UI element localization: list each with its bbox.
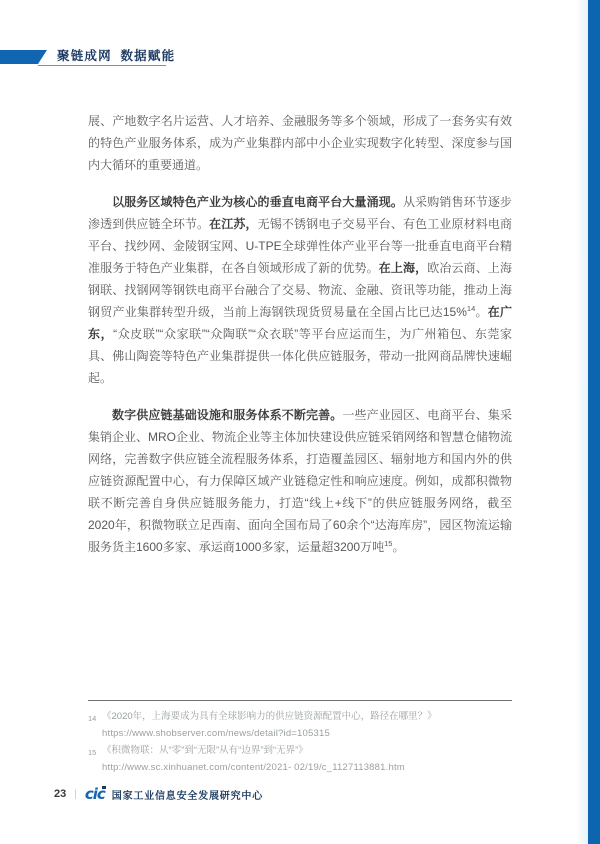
footnote-body: 《2020年，上海要成为具有全球影响力的供应链资源配置中心，路径在哪里？》htt… xyxy=(102,709,512,742)
footnote-number: 15 xyxy=(88,743,102,762)
running-header-title: 聚链成网 数据赋能 xyxy=(57,46,175,64)
right-edge-bar xyxy=(588,0,600,844)
header-underline xyxy=(38,65,166,66)
footnote-number: 14 xyxy=(88,709,102,728)
document-page: 聚链成网 数据赋能 展、产地数字名片运营、人才培养、金融服务等多个领域，形成了一… xyxy=(0,0,600,844)
footnote-url: https://www.shobserver.com/news/detail?i… xyxy=(102,726,512,743)
body-text: 展、产地数字名片运营、人才培养、金融服务等多个领域，形成了一套务实有效的特色产业… xyxy=(88,110,512,573)
footnote-url: http://www.sc.xinhuanet.com/content/2021… xyxy=(102,760,512,777)
footer-org-name: 国家工业信息安全发展研究中心 xyxy=(112,787,263,802)
footer-separator: | xyxy=(74,789,77,800)
footnotes: 14《2020年，上海要成为具有全球影响力的供应链资源配置中心，路径在哪里？》h… xyxy=(88,709,512,777)
header-flag-shape xyxy=(0,50,47,64)
text-segment: 一些产业园区、电商平台、集采集销企业、MRO企业、物流企业等主体加快建设供应链采… xyxy=(88,408,512,554)
page-number: 23 xyxy=(54,788,66,800)
cic-logo: cic xyxy=(85,785,105,804)
footnote-divider xyxy=(88,700,512,701)
bold-text-segment: 在上海， xyxy=(379,261,427,275)
paragraph: 数字供应链基础设施和服务体系不断完善。一些产业园区、电商平台、集采集销企业、MR… xyxy=(88,404,512,558)
paragraph: 展、产地数字名片运营、人才培养、金融服务等多个领域，形成了一套务实有效的特色产业… xyxy=(88,110,512,176)
paragraph: 以服务区域特色产业为核心的垂直电商平台大量涌现。从采购销售环节逐步渗透到供应链全… xyxy=(88,191,512,389)
text-segment: 展、产地数字名片运营、人才培养、金融服务等多个领域，形成了一套务实有效的特色产业… xyxy=(88,114,512,172)
cic-logo-accent xyxy=(102,786,106,789)
text-segment: 。 xyxy=(392,540,404,554)
bold-text-segment: 在江苏， xyxy=(209,217,257,231)
text-segment: “众皮联”“众家联”“众陶联”“众衣联”等平台应运而生，为广州箱包、东莞家具、佛… xyxy=(88,327,512,385)
footnote-item: 15《积微物联：从“零”到“无限”从有“边界”到“无界”》http://www.… xyxy=(88,743,512,776)
page-footer: 23 | cic 国家工业信息安全发展研究中心 xyxy=(54,784,263,804)
bold-text-segment: 以服务区域特色产业为核心的垂直电商平台大量涌现。 xyxy=(112,195,403,209)
footnote-title: 《2020年，上海要成为具有全球影响力的供应链资源配置中心，路径在哪里？》 xyxy=(102,709,512,726)
footnote-title: 《积微物联：从“零”到“无限”从有“边界”到“无界”》 xyxy=(102,743,512,760)
footnote-item: 14《2020年，上海要成为具有全球影响力的供应链资源配置中心，路径在哪里？》h… xyxy=(88,709,512,742)
text-segment: 。 xyxy=(475,305,487,319)
footnote-body: 《积微物联：从“零”到“无限”从有“边界”到“无界”》http://www.sc… xyxy=(102,743,512,776)
bold-text-segment: 数字供应链基础设施和服务体系不断完善。 xyxy=(112,408,342,422)
footnote-reference: 14 xyxy=(467,304,475,313)
right-edge-tint xyxy=(576,0,588,844)
